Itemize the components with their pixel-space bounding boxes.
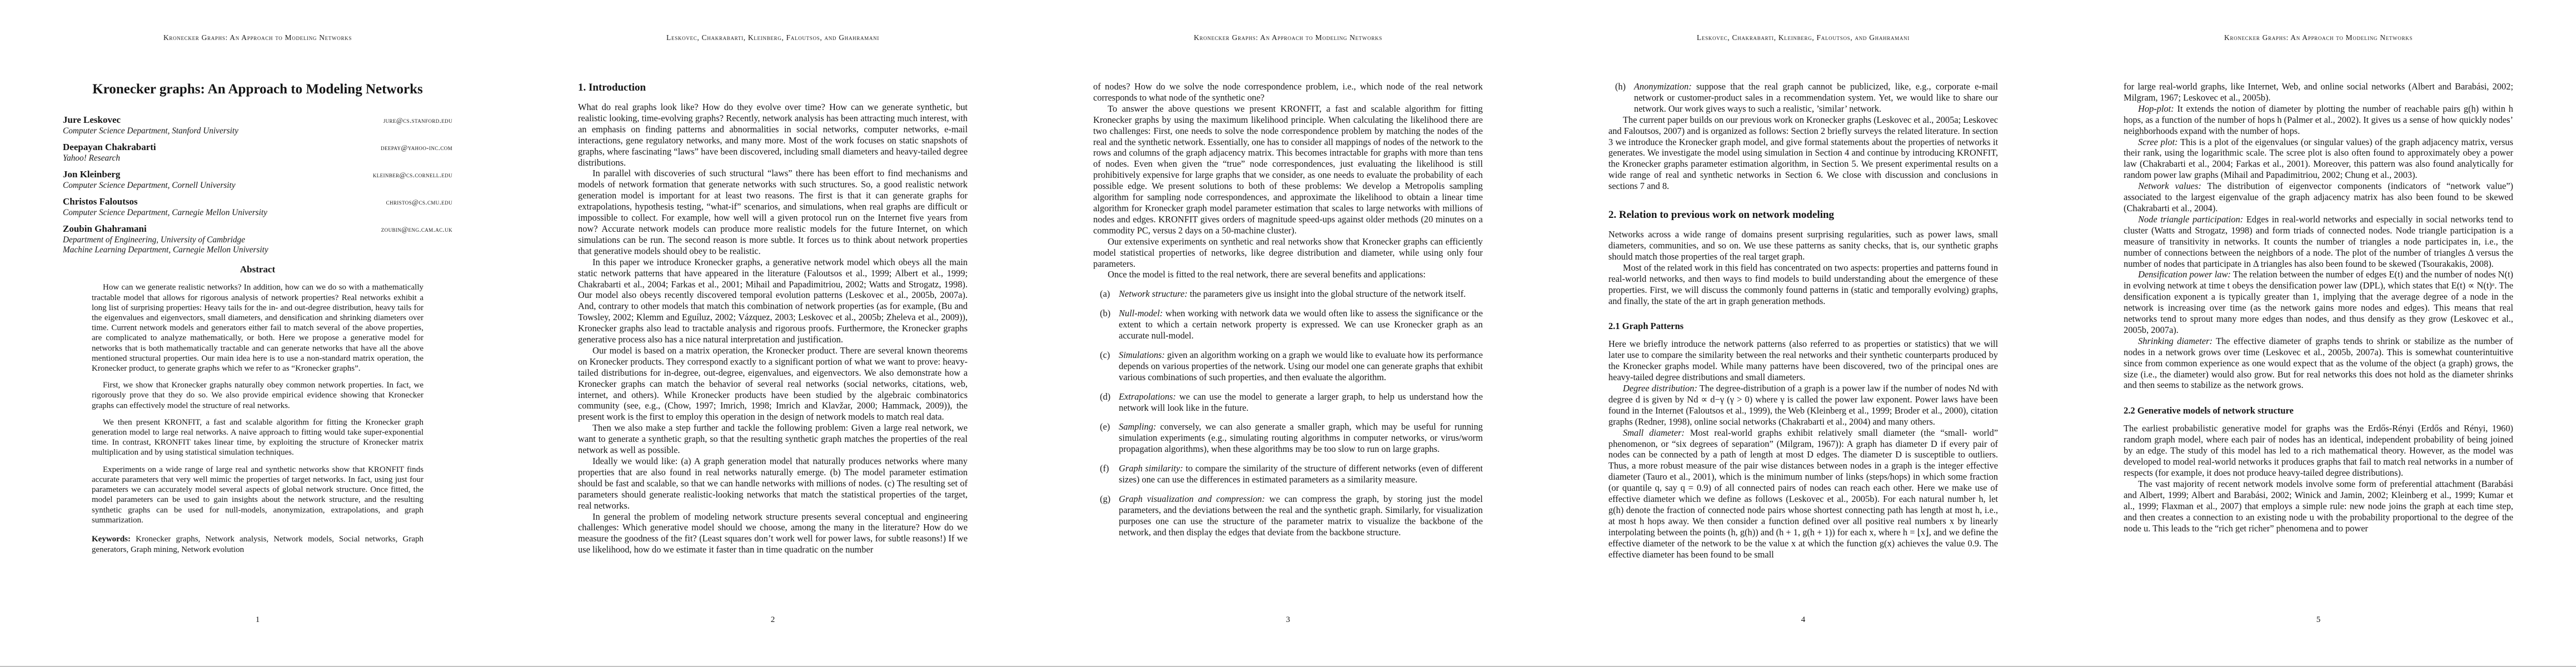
list-item-term: Graph visualization and compression: bbox=[1119, 494, 1265, 504]
author-affiliation: Computer Science Department, Stanford Un… bbox=[63, 126, 452, 136]
paragraph: Node triangle participation: Edges in re… bbox=[2124, 214, 2513, 270]
running-head: Leskovec, Chakrabarti, Kleinberg, Falout… bbox=[1601, 33, 2005, 42]
list-item-term: Extrapolations: bbox=[1119, 391, 1176, 402]
author-block: Christos Faloutsoschristos@cs.cmu.eduCom… bbox=[63, 196, 452, 218]
section-heading: 1. Introduction bbox=[578, 81, 968, 94]
paragraph: The earliest probabilistic generative mo… bbox=[2124, 423, 2513, 479]
author-name: Jure Leskovec bbox=[63, 114, 121, 126]
author-name: Zoubin Ghahramani bbox=[63, 223, 147, 235]
list-item-label: (e) bbox=[1100, 421, 1110, 432]
running-head: Kronecker Graphs: An Approach to Modelin… bbox=[2116, 33, 2520, 42]
pages-row: Kronecker Graphs: An Approach to Modelin… bbox=[0, 0, 2576, 667]
page-number: 4 bbox=[1546, 615, 2061, 625]
paragraph: Once the model is fitted to the real net… bbox=[1093, 269, 1483, 280]
list-item-text: the parameters give us insight into the … bbox=[1190, 288, 1466, 299]
paragraph: The vast majority of recent network mode… bbox=[2124, 479, 2513, 534]
list-item-label: (d) bbox=[1100, 391, 1110, 402]
list-item-label: (g) bbox=[1100, 494, 1110, 505]
list-item: (e)Sampling: conversely, we can also gen… bbox=[1093, 421, 1483, 455]
running-head: Leskovec, Chakrabarti, Kleinberg, Falout… bbox=[571, 33, 975, 42]
paragraph-text: This is a plot of the eigenvalues (or si… bbox=[2124, 137, 2513, 181]
abstract-heading: Abstract bbox=[63, 264, 452, 275]
page-number: 1 bbox=[0, 615, 515, 625]
page-body: of nodes? How do we solve the node corre… bbox=[1093, 81, 1483, 627]
paragraph: In parallel with discoveries of such str… bbox=[578, 168, 968, 256]
page-1: Kronecker Graphs: An Approach to Modelin… bbox=[0, 0, 515, 667]
author-affiliation: Machine Learning Department, Carnegie Me… bbox=[63, 245, 452, 255]
author-name: Jon Kleinberg bbox=[63, 168, 120, 180]
list-item: (a)Network structure: the parameters giv… bbox=[1093, 288, 1483, 300]
keywords: Keywords: Kronecker graphs, Network anal… bbox=[92, 534, 423, 555]
author-email: deepay@yahoo-inc.com bbox=[381, 142, 452, 153]
page-body: (h)Anonymization: suppose that the real … bbox=[1608, 81, 1998, 627]
author-name: Christos Faloutsos bbox=[63, 196, 138, 207]
author-affiliation: Department of Engineering, University of… bbox=[63, 235, 452, 245]
paragraph: Scree plot: This is a plot of the eigenv… bbox=[2124, 137, 2513, 181]
list-item: (g)Graph visualization and compression: … bbox=[1093, 494, 1483, 538]
keywords-text: Kronecker graphs, Network analysis, Netw… bbox=[92, 535, 423, 554]
keywords-label: Keywords: bbox=[92, 535, 131, 544]
paragraph: for large real-world graphs, like Intern… bbox=[2124, 81, 2513, 103]
paragraph-lead-term: Small diameter: bbox=[1623, 427, 1685, 438]
author-email: jure@cs.stanford.edu bbox=[383, 115, 452, 126]
paragraph: Ideally we would like: (a) A graph gener… bbox=[578, 456, 968, 511]
author-email: kleinber@cs.cornell.edu bbox=[373, 170, 452, 181]
paragraph: Hop-plot: It extends the notion of diame… bbox=[2124, 103, 2513, 137]
author-block: Jure Leskovecjure@cs.stanford.eduCompute… bbox=[63, 114, 452, 136]
subsection-heading: 2.1 Graph Patterns bbox=[1608, 321, 1998, 332]
page-5: Kronecker Graphs: An Approach to Modelin… bbox=[2061, 0, 2576, 667]
paragraph: Here we briefly introduce the network pa… bbox=[1608, 339, 1998, 383]
paragraph: Degree distribution: The degree-distribu… bbox=[1608, 383, 1998, 427]
running-head: Kronecker Graphs: An Approach to Modelin… bbox=[56, 33, 460, 42]
list-item-term: Null-model: bbox=[1119, 308, 1163, 318]
paragraph-lead-term: Densification power law: bbox=[2138, 269, 2231, 280]
abstract-paragraph: First, we show that Kronecker graphs nat… bbox=[92, 380, 423, 411]
paragraph-lead-term: Network values: bbox=[2138, 181, 2201, 191]
running-head: Kronecker Graphs: An Approach to Modelin… bbox=[1086, 33, 1490, 42]
section-heading: 2. Relation to previous work on network … bbox=[1608, 208, 1998, 221]
subsection-heading: 2.2 Generative models of network structu… bbox=[2124, 405, 2513, 416]
paragraph-text: Most real-world graphs exhibit relativel… bbox=[1608, 427, 1998, 560]
list-item-label: (f) bbox=[1100, 463, 1109, 474]
page-number: 3 bbox=[1030, 615, 1546, 625]
author-block: Zoubin Ghahramanizoubin@eng.cam.ac.ukDep… bbox=[63, 223, 452, 255]
list-item-text: conversely, we can also generate a small… bbox=[1119, 421, 1483, 454]
page-number: 2 bbox=[515, 615, 1030, 625]
paragraph: Network values: The distribution of eige… bbox=[2124, 181, 2513, 214]
page-3: Kronecker Graphs: An Approach to Modelin… bbox=[1030, 0, 1546, 667]
abstract-paragraph: We then present KRONFIT, a fast and scal… bbox=[92, 417, 423, 458]
author-email: christos@cs.cmu.edu bbox=[386, 197, 452, 208]
author-affiliation: Computer Science Department, Carnegie Me… bbox=[63, 208, 452, 218]
list-item-term: Sampling: bbox=[1119, 421, 1156, 432]
list-item: (f)Graph similarity: to compare the simi… bbox=[1093, 463, 1483, 485]
list-item: (b)Null-model: when working with network… bbox=[1093, 308, 1483, 341]
list-item-term: Graph similarity: bbox=[1119, 463, 1183, 474]
list-item-term: Simulations: bbox=[1119, 350, 1165, 360]
paragraph-lead-term: Degree distribution: bbox=[1623, 383, 1697, 394]
list-item: (h)Anonymization: suppose that the real … bbox=[1608, 81, 1998, 115]
paragraph: The current paper builds on our previous… bbox=[1608, 115, 1998, 192]
abstract-paragraph: How can we generate realistic networks? … bbox=[92, 282, 423, 374]
paragraph: In this paper we introduce Kronecker gra… bbox=[578, 257, 968, 345]
page-2: Leskovec, Chakrabarti, Kleinberg, Falout… bbox=[515, 0, 1030, 667]
page-body: 1. IntroductionWhat do real graphs look … bbox=[578, 81, 968, 627]
paragraph-lead-term: Hop-plot: bbox=[2138, 103, 2174, 114]
author-affiliation: Computer Science Department, Cornell Uni… bbox=[63, 181, 452, 191]
paper-title: Kronecker graphs: An Approach to Modelin… bbox=[63, 81, 452, 97]
paragraph: of nodes? How do we solve the node corre… bbox=[1093, 81, 1483, 103]
page-body: for large real-world graphs, like Intern… bbox=[2124, 81, 2513, 627]
paragraph: Our extensive experiments on synthetic a… bbox=[1093, 236, 1483, 270]
paragraph: Networks across a wide range of domains … bbox=[1608, 229, 1998, 262]
paragraph: To answer the above questions we present… bbox=[1093, 103, 1483, 236]
paragraph: Small diameter: Most real-world graphs e… bbox=[1608, 427, 1998, 560]
page-4: Leskovec, Chakrabarti, Kleinberg, Falout… bbox=[1546, 0, 2061, 667]
author-block: Jon Kleinbergkleinber@cs.cornell.eduComp… bbox=[63, 168, 452, 191]
list-item-term: Anonymization: bbox=[1634, 81, 1692, 92]
page-number: 5 bbox=[2061, 615, 2576, 625]
list-item-label: (b) bbox=[1100, 308, 1110, 319]
author-name: Deepayan Chakrabarti bbox=[63, 141, 156, 153]
paragraph: What do real graphs look like? How do th… bbox=[578, 102, 968, 168]
paragraph: Densification power law: The relation be… bbox=[2124, 269, 2513, 335]
list-item-term: Network structure: bbox=[1119, 288, 1188, 299]
document-canvas: arXiv:0812.4905v2 [stat.ML] 21 Aug 2009 … bbox=[0, 0, 2576, 667]
paragraph: Most of the related work in this field h… bbox=[1608, 262, 1998, 307]
page-body: Kronecker graphs: An Approach to Modelin… bbox=[63, 81, 452, 627]
list-item-label: (h) bbox=[1615, 81, 1626, 92]
paragraph-lead-term: Shrinking diameter: bbox=[2138, 336, 2213, 346]
paragraph-lead-term: Scree plot: bbox=[2138, 137, 2178, 147]
paragraph-lead-term: Node triangle participation: bbox=[2138, 214, 2243, 225]
list-item-label: (a) bbox=[1100, 288, 1110, 300]
list-item-text: when working with network data we would … bbox=[1119, 308, 1483, 341]
paragraph: Our model is based on a matrix operation… bbox=[578, 345, 968, 422]
list-item: (d)Extrapolations: we can use the model … bbox=[1093, 391, 1483, 414]
paragraph-text: It extends the notion of diameter by plo… bbox=[2124, 103, 2513, 136]
abstract-paragraph: Experiments on a wide range of large rea… bbox=[92, 465, 423, 525]
paragraph: Shrinking diameter: The effective diamet… bbox=[2124, 336, 2513, 391]
author-email: zoubin@eng.cam.ac.uk bbox=[381, 224, 452, 235]
list-item: (c)Simulations: given an algorithm worki… bbox=[1093, 350, 1483, 383]
paragraph: Then we also make a step further and tac… bbox=[578, 422, 968, 456]
author-block: Deepayan Chakrabartideepay@yahoo-inc.com… bbox=[63, 141, 452, 163]
paragraph: In general the problem of modeling netwo… bbox=[578, 511, 968, 556]
author-affiliation: Yahoo! Research bbox=[63, 153, 452, 163]
list-item-text: given an algorithm working on a graph we… bbox=[1119, 350, 1483, 382]
list-item-label: (c) bbox=[1100, 350, 1110, 361]
